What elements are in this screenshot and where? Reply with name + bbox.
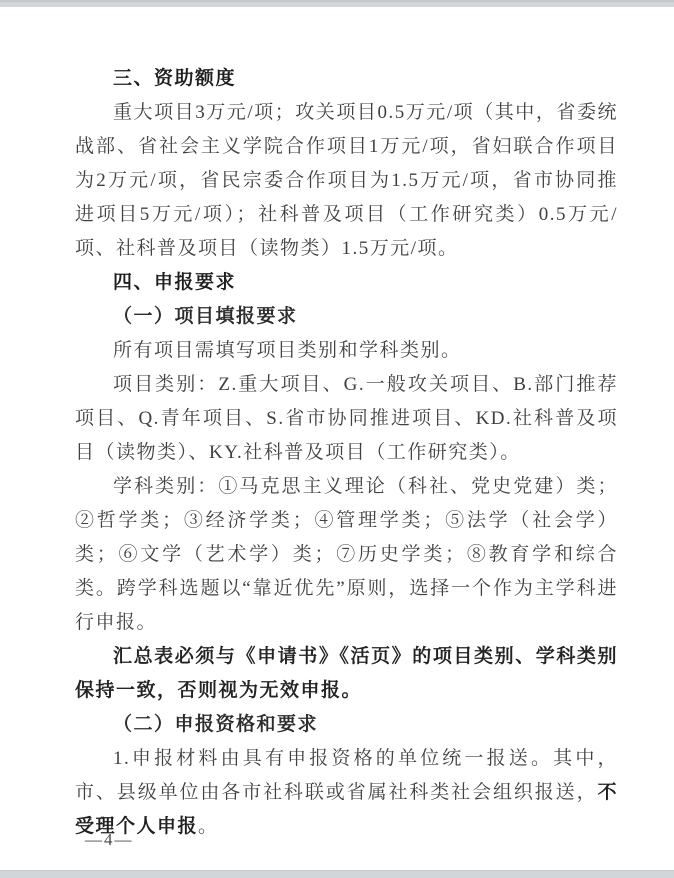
page-number: —4— [85,830,134,850]
submission-rule-text: 1.申报材料由具有申报资格的单位统一报送。其中，市、县级单位由各市社科联或省属社… [75,748,618,803]
document-viewer: 三、资助额度 重大项目3万元/项；攻关项目0.5万元/项（其中，省委统战部、省社… [0,0,674,878]
paragraph-discipline-categories: 学科类别：①马克思主义理论（科社、党史党建）类；②哲学类；③经济学类；④管理学类… [75,470,618,640]
document-page: 三、资助额度 重大项目3万元/项；攻关项目0.5万元/项（其中，省委统战部、省社… [75,62,618,844]
paragraph-funding-amounts: 重大项目3万元/项；攻关项目0.5万元/项（其中，省委统战部、省社会主义学院合作… [75,96,618,266]
subsection-heading-project-filling: （一）项目填报要求 [75,300,618,334]
page-gap-top [0,0,674,7]
submission-rule-period: 。 [198,816,219,837]
page-gap-bottom [0,870,674,878]
paragraph-all-projects-note: 所有项目需填写项目类别和学科类别。 [75,334,618,368]
paragraph-project-categories: 项目类别：Z.重大项目、G.一般攻关项目、B.部门推荐项目、Q.青年项目、S.省… [75,368,618,470]
section-heading-funding-amount: 三、资助额度 [75,62,618,96]
section-heading-application-requirements: 四、申报要求 [75,266,618,300]
paragraph-consistency-warning: 汇总表必须与《申请书》《活页》的项目类别、学科类别保持一致，否则视为无效申报。 [75,640,618,708]
subsection-heading-eligibility: （二）申报资格和要求 [75,708,618,742]
paragraph-submission-rule: 1.申报材料由具有申报资格的单位统一报送。其中，市、县级单位由各市社科联或省属社… [75,742,618,844]
